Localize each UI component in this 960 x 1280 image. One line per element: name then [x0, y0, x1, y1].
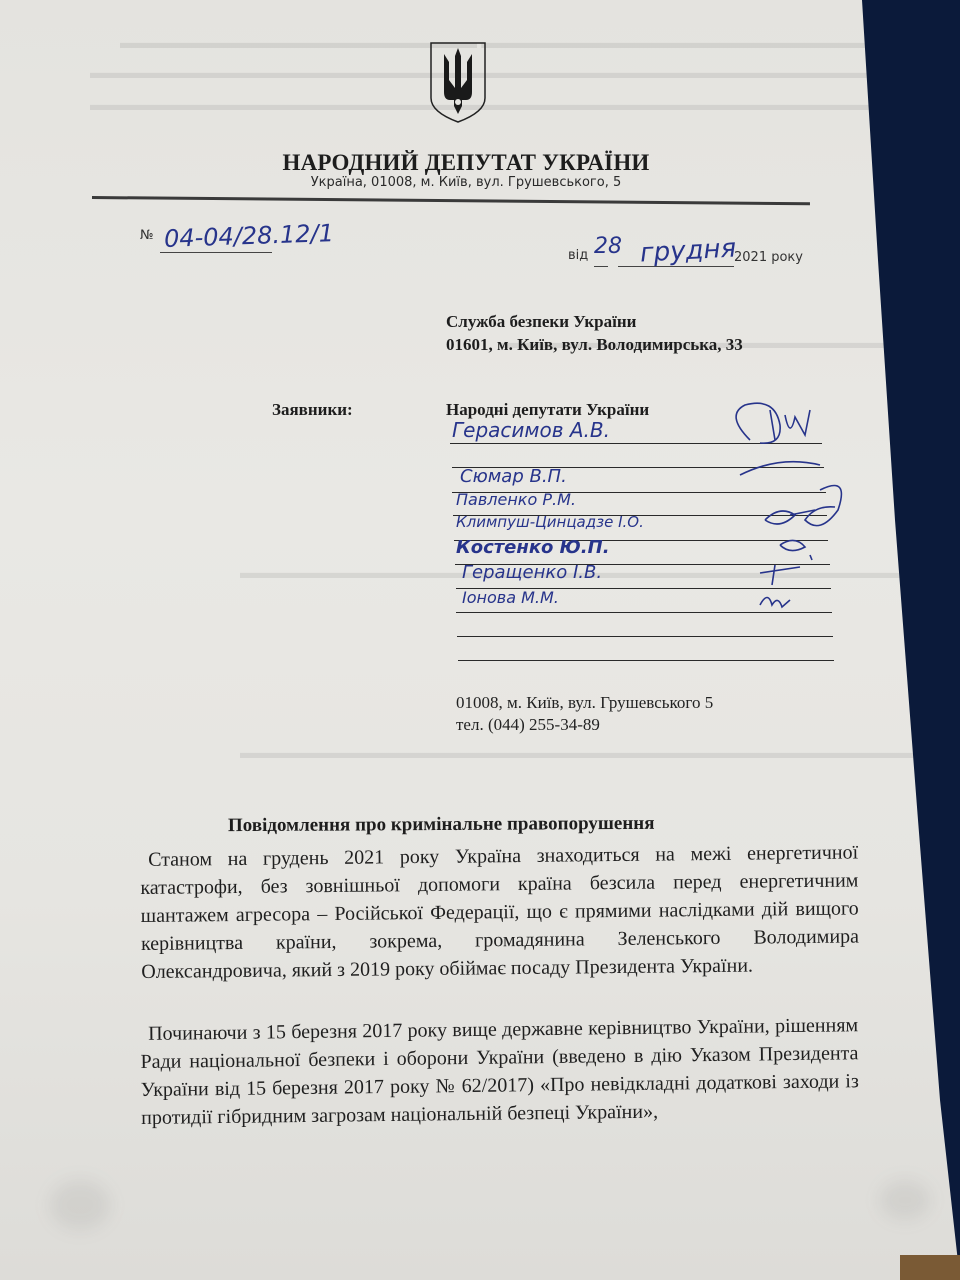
contact-address: 01008, м. Київ, вул. Грушевського 5 — [456, 692, 713, 714]
bleed-through-text: ▬▬▬▬▬▬▬▬▬▬▬▬▬▬▬▬▬▬▬▬▬ ▬▬▬▬▬▬▬▬▬▬▬▬▬▬▬▬▬▬… — [120, 30, 960, 55]
registration-number-value: 04-04/28.12/1 — [164, 219, 335, 253]
letterhead-divider — [92, 196, 810, 205]
notice-title: Повідомлення про кримінальне правопоруше… — [228, 813, 655, 837]
paper-smudge — [50, 1180, 110, 1230]
recipient-name: Служба безпеки України — [446, 310, 743, 333]
date-label: від — [568, 248, 588, 263]
signature-name: Геращенко І.В. — [462, 562, 602, 583]
contact-block: 01008, м. Київ, вул. Грушевського 5 тел.… — [456, 692, 713, 736]
letterhead-address: Україна, 01008, м. Київ, вул. Грушевсько… — [276, 175, 656, 190]
notice-paragraph: Починаючи з 15 березня 2017 року вище де… — [140, 1011, 859, 1132]
signature-line — [458, 660, 834, 661]
signature-line — [457, 636, 833, 637]
table-surface — [900, 1255, 960, 1280]
signature-name: Герасимов А.В. — [452, 418, 610, 442]
signature-scribbles-icon — [720, 395, 860, 635]
paper-smudge — [880, 1180, 930, 1220]
trident-coat-of-arms-icon — [428, 40, 488, 124]
signature-name: Павленко Р.М. — [456, 490, 576, 509]
applicants-label: Заявники: — [272, 400, 353, 420]
document-page: ▬▬▬▬▬▬▬▬▬▬▬▬▬▬▬▬▬▬▬▬▬ ▬▬▬▬▬▬▬▬▬▬▬▬▬▬▬▬▬▬… — [0, 0, 960, 1280]
registration-number-label: № — [140, 228, 154, 243]
date-month: грудня — [639, 234, 737, 269]
letterhead-title: НАРОДНИЙ ДЕПУТАТ УКРАЇНИ — [276, 150, 656, 176]
recipient-block: Служба безпеки України 01601, м. Київ, в… — [446, 310, 743, 356]
applicants-heading: Народні депутати України — [446, 400, 649, 420]
contact-phone: тел. (044) 255-34-89 — [456, 714, 713, 736]
signature-name: Климпуш-Цинцадзе І.О. — [456, 513, 644, 531]
date-day: 28 — [594, 234, 622, 259]
signature-name: Костенко Ю.П. — [456, 537, 610, 558]
bleed-through-text: ▬▬▬▬▬▬▬▬▬▬▬▬▬▬▬▬▬▬▬▬▬▬▬▬▬▬▬▬▬▬▬▬▬▬▬▬▬▬▬▬… — [90, 60, 960, 85]
date-day-underline — [594, 266, 608, 267]
date-year: 2021 року — [734, 250, 803, 265]
bleed-through-text: ▬▬▬▬▬▬▬▬▬▬▬▬▬▬▬▬▬▬▬▬▬▬▬▬▬▬▬▬▬▬▬▬▬▬▬▬▬▬▬▬… — [240, 740, 960, 765]
recipient-address: 01601, м. Київ, вул. Володимирська, 33 — [446, 333, 743, 356]
signature-name: Іонова М.М. — [462, 588, 559, 607]
bleed-through-text: ▬▬▬▬▬▬▬▬▬▬▬▬▬▬▬▬▬▬▬▬▬▬▬▬▬▬▬▬▬▬▬▬▬▬▬▬▬▬▬▬… — [90, 92, 960, 117]
signature-name: Сюмар В.П. — [460, 466, 567, 487]
notice-paragraph: Станом на грудень 2021 року Україна знах… — [140, 838, 859, 986]
